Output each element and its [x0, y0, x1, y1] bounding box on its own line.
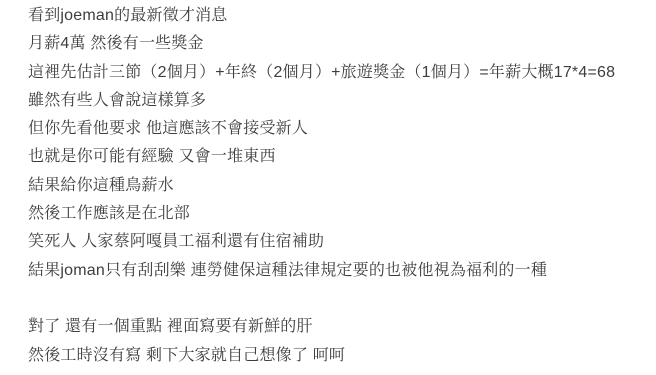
- text-line: 結果joman只有刮刮樂 連勞健保這種法律規定要的也被他視為福利的一種: [28, 257, 636, 285]
- text-line: 但你先看他要求 他這應該不會接受新人: [28, 115, 636, 143]
- text-line: 笑死人 人家蔡阿嘎員工福利還有住宿補助: [28, 228, 636, 256]
- text-line: 看到joeman的最新徵才消息: [28, 2, 636, 30]
- text-line: 也就是你可能有經驗 又會一堆東西: [28, 143, 636, 171]
- post-body: 看到joeman的最新徵才消息月薪4萬 然後有一些獎金這裡先估計三節（2個月）+…: [0, 0, 656, 375]
- text-line: 對了 還有一個重點 裡面寫要有新鮮的肝: [28, 313, 636, 341]
- text-line: 然後工作應該是在北部: [28, 200, 636, 228]
- text-line: 這裡先估計三節（2個月）+年終（2個月）+旅遊獎金（1個月）=年薪大概17*4=…: [28, 59, 636, 87]
- text-line: 雖然有些人會說這樣算多: [28, 87, 636, 115]
- text-line: 然後工時沒有寫 剩下大家就自己想像了 呵呵: [28, 342, 636, 370]
- text-lines: 看到joeman的最新徵才消息月薪4萬 然後有一些獎金這裡先估計三節（2個月）+…: [28, 2, 636, 370]
- blank-line: [28, 285, 636, 313]
- text-line: 結果給你這種鳥薪水: [28, 172, 636, 200]
- text-line: 月薪4萬 然後有一些獎金: [28, 30, 636, 58]
